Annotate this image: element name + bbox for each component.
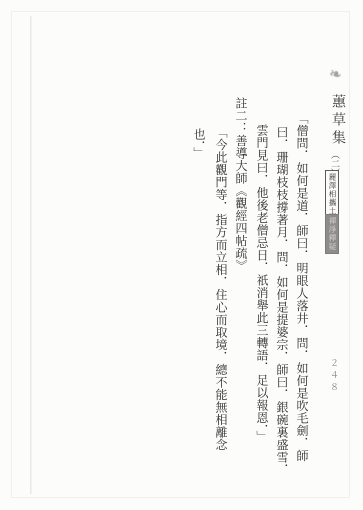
text-column-6: 也．」: [192, 128, 206, 160]
section-label: 麗澤相攜土: [325, 170, 339, 219]
book-page: ❧ 蕙草集 （二） 麗澤相攜土 禪淨釋疑 ２４８ 「僧問．如何是道．師曰．明眼人…: [0, 0, 363, 510]
note-heading-column: 註二：善導大師《觀經四帖疏》: [234, 97, 248, 272]
text-column-3: 雲門見曰．他後老僧忌日．祇消舉此三轉語．足以報恩．」: [255, 124, 269, 443]
floral-stamp-icon: ❧: [328, 67, 343, 84]
text-column-1: 「僧問．如何是道．師曰．明眼人落井．問．如何是吹毛劍．師: [295, 112, 309, 462]
book-title: 蕙草集: [327, 94, 347, 148]
text-column-5: 「今此觀門等．指方而立相．住心而取境．總不能無相離念: [214, 126, 228, 451]
category-label: 禪淨釋疑: [325, 214, 339, 254]
text-column-2: 曰．珊瑚枝枝撐著月．問．如何是提婆宗．師曰．銀碗裏盛雪．: [275, 126, 289, 476]
page-fold-line: [30, 16, 32, 494]
page-number: ２４８: [328, 358, 341, 394]
